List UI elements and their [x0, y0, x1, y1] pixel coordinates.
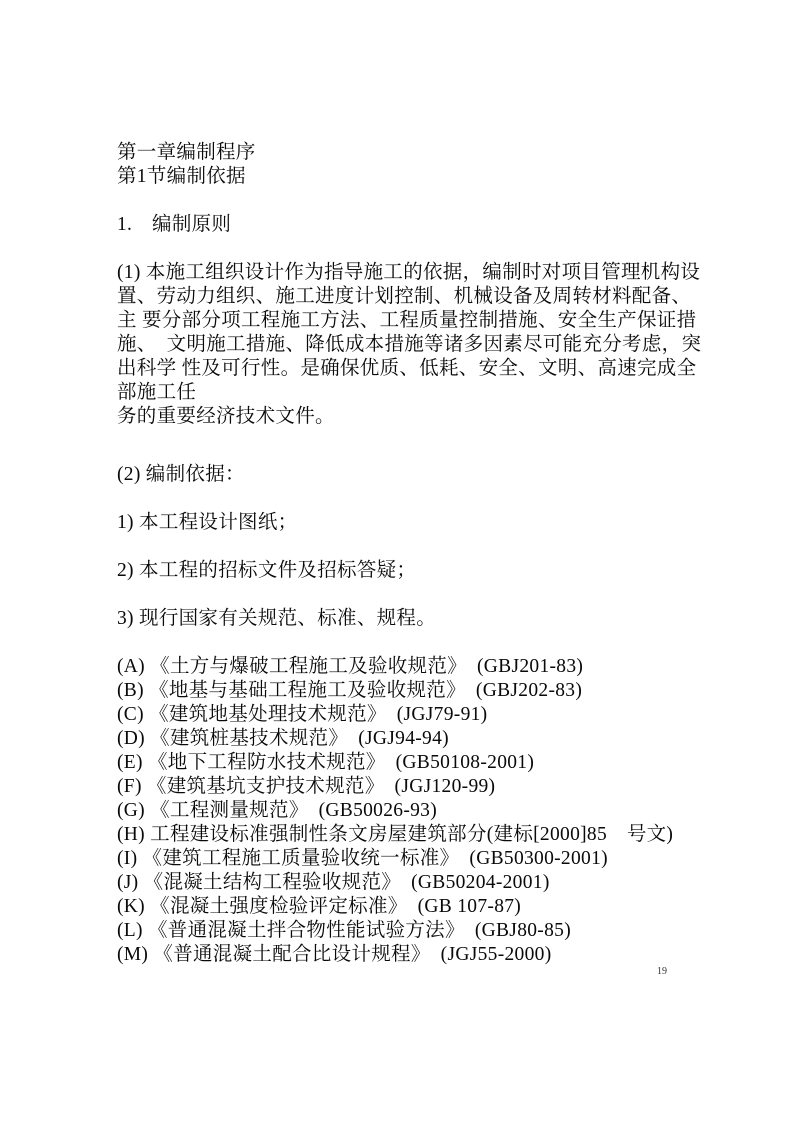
standard-item: (C) 《建筑地基处理技术规范》 (JGJ79-91): [117, 703, 737, 727]
blank-line: [117, 237, 737, 261]
paragraph-line: (1) 本施工组织设计作为指导施工的依据，编制时对项目管理机构设: [117, 261, 737, 285]
basis-item: 3) 现行国家有关规范、标准、规程。: [117, 607, 737, 631]
section-heading: 第1节编制依据: [117, 165, 737, 189]
principles-heading: 1. 编制原则: [117, 213, 737, 237]
standard-item: (K) 《混凝土强度检验评定标准》 (GB 107-87): [117, 895, 737, 919]
standard-item: (H) 工程建设标准强制性条文房屋建筑部分(建标[2000]85 号文): [117, 823, 737, 847]
blank-line: [117, 189, 737, 213]
document-page: 第一章编制程序 第1节编制依据 1. 编制原则 (1) 本施工组织设计作为指导施…: [0, 0, 794, 1122]
paragraph-line: 出科学 性及可行性。是确保优质、低耗、安全、文明、高速完成全: [117, 357, 737, 381]
standard-item: (F) 《建筑基坑支护技术规范》 (JGJ120-99): [117, 775, 737, 799]
standard-item: (L) 《普通混凝土拌合物性能试验方法》 (GBJ80-85): [117, 919, 737, 943]
standard-item: (A) 《土方与爆破工程施工及验收规范》 (GBJ201-83): [117, 655, 737, 679]
blank-line: [117, 631, 737, 655]
basis-item: 2) 本工程的招标文件及招标答疑；: [117, 559, 737, 583]
basis-heading: (2) 编制依据：: [117, 463, 737, 487]
blank-line: [117, 583, 737, 607]
blank-line: [117, 429, 737, 453]
standard-item: (D) 《建筑桩基技术规范》 (JGJ94-94): [117, 727, 737, 751]
blank-line: [117, 535, 737, 559]
blank-line: [117, 487, 737, 511]
standard-item: (E) 《地下工程防水技术规范》 (GB50108-2001): [117, 751, 737, 775]
paragraph-line: 施、 文明施工措施、降低成本措施等诸多因素尽可能充分考虑，突: [117, 333, 737, 357]
paragraph-line: 主 要分部分项工程施工方法、工程质量控制措施、安全生产保证措: [117, 309, 737, 333]
standard-item: (B) 《地基与基础工程施工及验收规范》 (GBJ202-83): [117, 679, 737, 703]
standard-item: (J) 《混凝土结构工程验收规范》 (GB50204-2001): [117, 871, 737, 895]
paragraph-line: 务的重要经济技术文件。: [117, 405, 737, 429]
standard-item: (M) 《普通混凝土配合比设计规程》 (JGJ55-2000): [117, 943, 737, 967]
paragraph-line: 部施工任: [117, 381, 737, 405]
paragraph-line: 置、劳动力组织、施工进度计划控制、机械设备及周转材料配备、: [117, 285, 737, 309]
standard-item: (G) 《工程测量规范》 (GB50026-93): [117, 799, 737, 823]
document-body: 第一章编制程序 第1节编制依据 1. 编制原则 (1) 本施工组织设计作为指导施…: [117, 141, 737, 967]
chapter-heading: 第一章编制程序: [117, 141, 737, 165]
basis-item: 1) 本工程设计图纸；: [117, 511, 737, 535]
page-number: 19: [657, 966, 667, 978]
standard-item: (I) 《建筑工程施工质量验收统一标准》 (GB50300-2001): [117, 847, 737, 871]
